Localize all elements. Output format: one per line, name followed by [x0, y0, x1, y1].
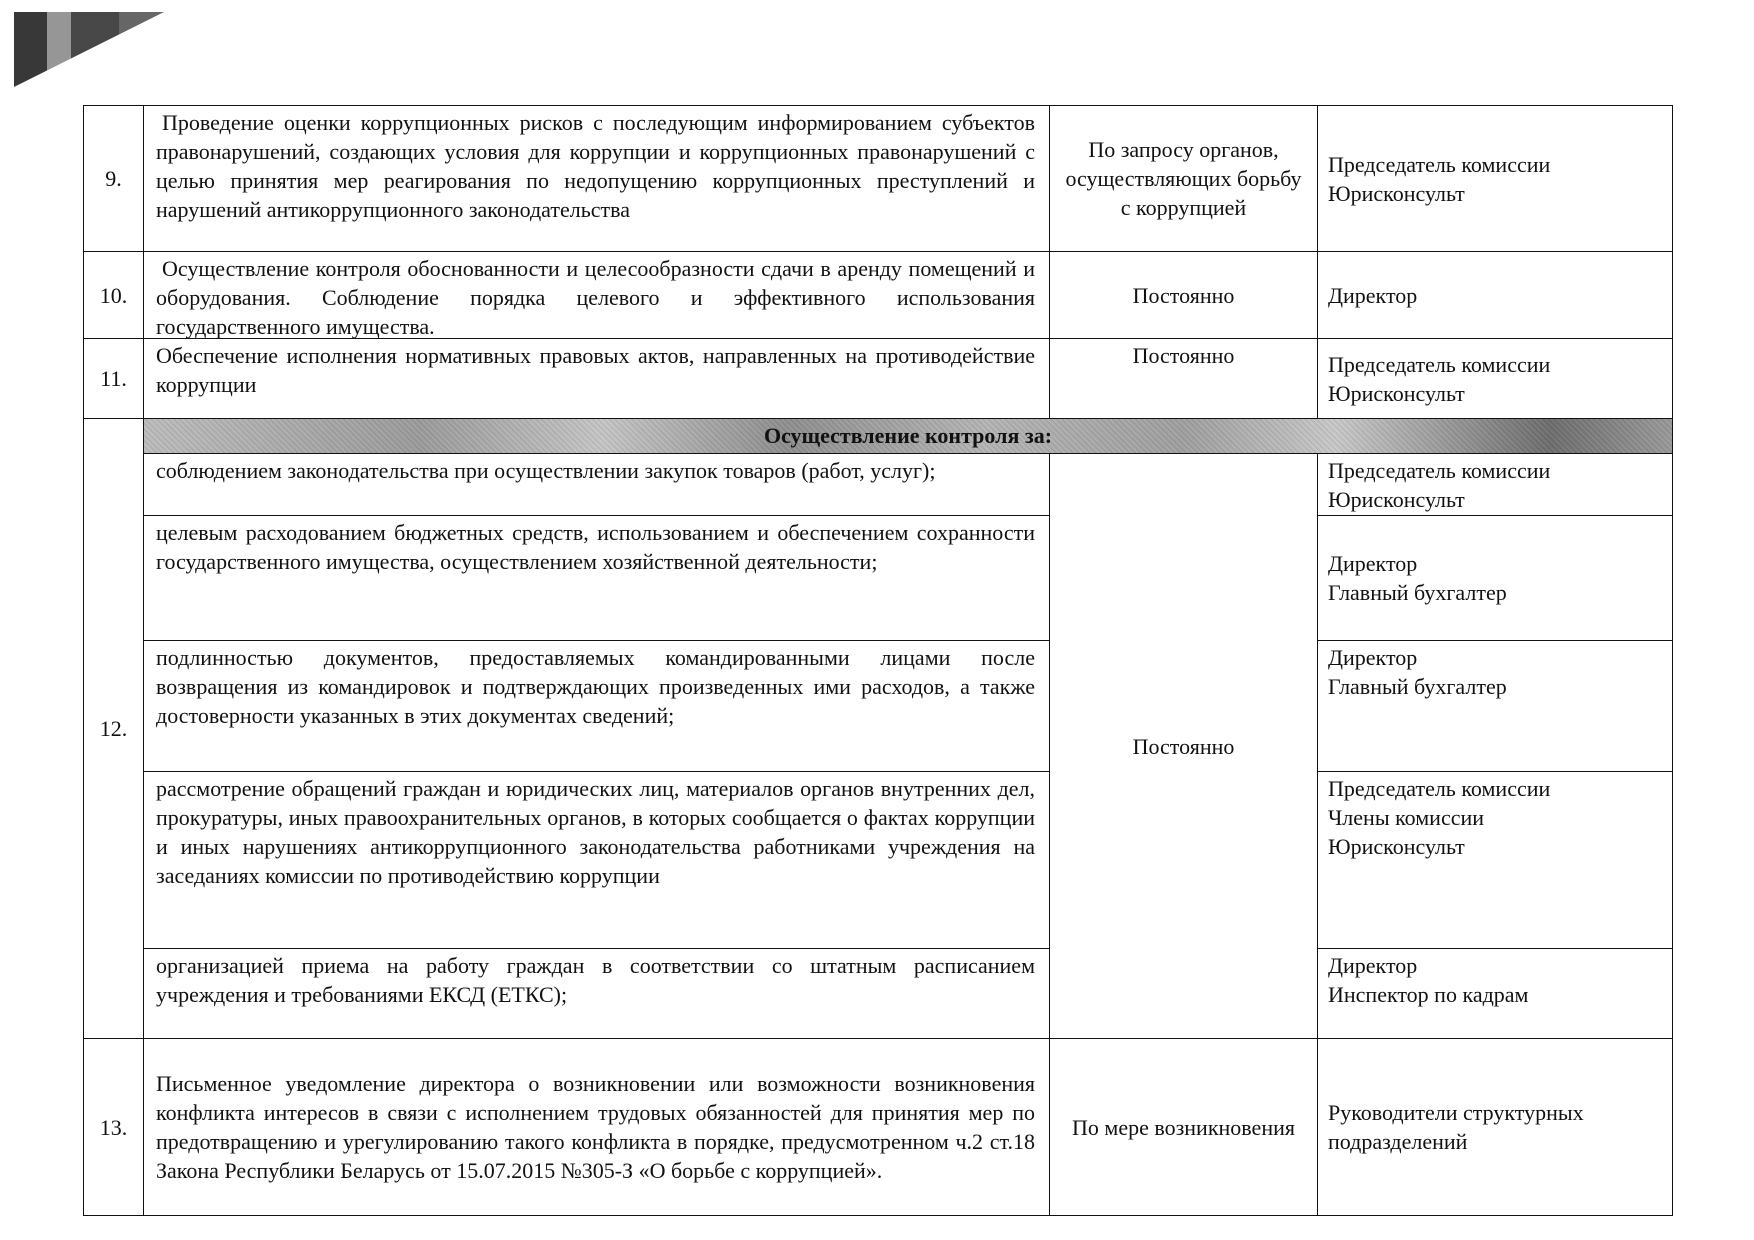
- row-responsible: Председатель комиссии Юрисконсульт: [1317, 338, 1673, 419]
- section-heading: Осуществление контроля за:: [143, 418, 1673, 454]
- subitem-responsible: Председатель комиссии Юрисконсульт: [1317, 453, 1673, 516]
- row-number: 13.: [83, 1038, 144, 1216]
- subitem-description: организацией приема на работу граждан в …: [143, 948, 1050, 1039]
- subitem-description: подлинностью документов, предоставляемых…: [143, 640, 1050, 772]
- row-responsible: Руководители структурных подразделений: [1317, 1038, 1673, 1216]
- row-number: 9.: [83, 105, 144, 252]
- subitem-responsible: Директор Главный бухгалтер: [1317, 640, 1673, 772]
- row-number: 10.: [83, 251, 144, 339]
- scan-artifact: [14, 12, 164, 87]
- row-number: 11.: [83, 338, 144, 419]
- row-description: Проведение оценки коррупционных рисков с…: [143, 105, 1050, 252]
- row-deadline: Постоянно: [1049, 453, 1318, 1039]
- section-heading-text: Осуществление контроля за:: [764, 423, 1052, 449]
- row-description-text: Письменное уведомление директора о возни…: [156, 1069, 1035, 1185]
- row-number: 12.: [83, 418, 144, 1039]
- row-deadline: По запросу органов, осуществляющих борьб…: [1049, 105, 1318, 252]
- subitem-description: рассмотрение обращений граждан и юридиче…: [143, 771, 1050, 949]
- row-deadline: Постоянно: [1049, 338, 1318, 419]
- row-deadline: Постоянно: [1049, 251, 1318, 339]
- row-description: Осуществление контроля обоснованности и …: [143, 251, 1050, 339]
- subitem-description: целевым расходованием бюджетных средств,…: [143, 515, 1050, 641]
- row-description: Письменное уведомление директора о возни…: [143, 1038, 1050, 1216]
- subitem-responsible: Председатель комиссии Члены комиссии Юри…: [1317, 771, 1673, 949]
- row-deadline: По мере возникновения: [1049, 1038, 1318, 1216]
- subitem-responsible: Директор Инспектор по кадрам: [1317, 948, 1673, 1039]
- subitem-description: соблюдением законодательства при осущест…: [143, 453, 1050, 516]
- row-responsible: Председатель комиссии Юрисконсульт: [1317, 105, 1673, 252]
- row-description: Обеспечение исполнения нормативных право…: [143, 338, 1050, 419]
- row-responsible: Директор: [1317, 251, 1673, 339]
- subitem-responsible: Директор Главный бухгалтер: [1317, 515, 1673, 641]
